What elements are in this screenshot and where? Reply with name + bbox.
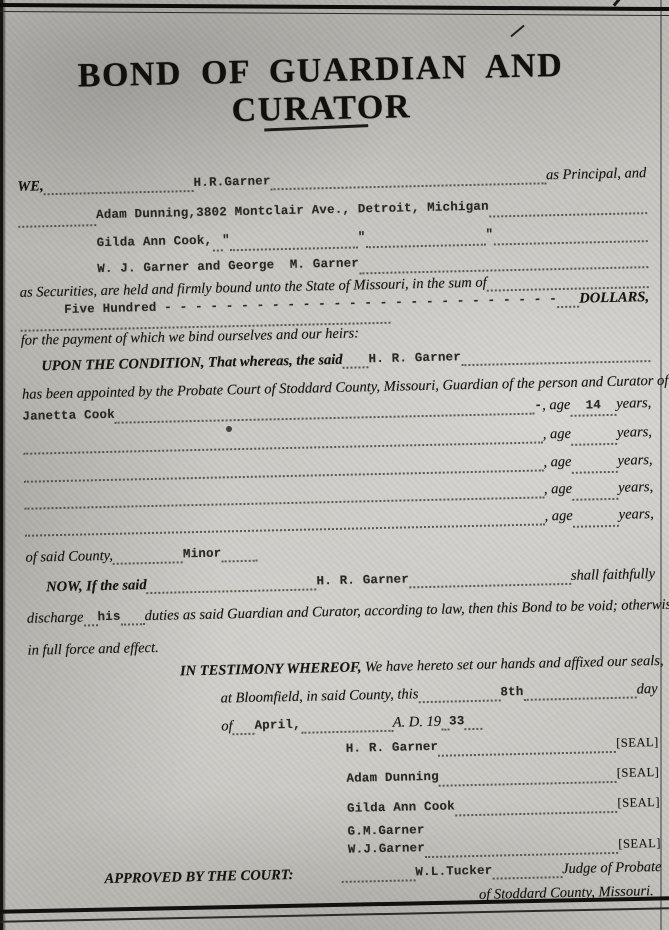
principal-name: H.R.Garner <box>193 174 270 190</box>
month-value: April, <box>254 718 301 733</box>
seal-label: [SEAL] <box>617 765 660 781</box>
ward-row: , age years, <box>25 506 654 540</box>
seal-label: [SEAL] <box>616 735 659 751</box>
surety-line-1: Adam Dunning,3802 Montclair Ave., Detroi… <box>18 197 647 231</box>
condition-guardian-name: H. R. Garner <box>368 350 461 366</box>
day-label: day <box>636 681 657 698</box>
ward-age: 14 <box>585 398 601 413</box>
discharge-label: discharge <box>27 610 84 628</box>
ward-name: Janetta Cook <box>22 408 115 424</box>
signature-name: Gilda Ann Cook <box>347 799 455 815</box>
discharge-value: his <box>97 610 120 625</box>
now-lead: NOW, If the said <box>46 577 147 596</box>
now-suffix: shall faithfully <box>571 566 656 585</box>
ditto-mark: " <box>485 227 493 241</box>
document-title: BOND OF GUARDIAN AND CURATOR <box>0 45 651 135</box>
surety2-name: Gilda Ann Cook, <box>97 234 213 251</box>
county-value: Minor <box>183 546 222 561</box>
years-label: years, <box>616 395 651 413</box>
ditto-mark: " <box>222 233 230 247</box>
signature-row: Adam Dunning [SEAL] <box>346 765 659 792</box>
county-line: of said County, Minor <box>25 536 654 570</box>
age-label: , age <box>544 508 573 526</box>
judge-name: W.L.Tucker <box>415 864 492 880</box>
testimony-lead: IN TESTIMONY WHEREOF, <box>180 659 362 680</box>
years-label: years, <box>617 452 652 470</box>
ward-row: , age years, <box>23 424 652 458</box>
county-label: of said County, <box>25 548 113 567</box>
surety1-name-address: Adam Dunning,3802 Montclair Ave., Detroi… <box>96 200 489 223</box>
discharge-text: duties as said Guardian and Curator, acc… <box>144 595 669 625</box>
form-content: BOND OF GUARDIAN AND CURATOR WE, H.R.Gar… <box>0 0 669 930</box>
testimony-date-line: of April, A. D. 19 33 <box>221 712 534 739</box>
signature-name: W.J.Garner <box>348 841 425 857</box>
day-value: 8th <box>500 685 523 700</box>
signature-name: H. R. Garner <box>346 740 439 756</box>
ditto-mark: " <box>358 230 366 244</box>
testimony-text: We have hereto set our hands and affixed… <box>361 653 663 677</box>
age-label: , age <box>544 481 573 499</box>
years-label: years, <box>619 506 654 524</box>
testimony-place-line: at Bloomfield, in said County, this 8th … <box>220 681 657 711</box>
year-value: 33 <box>449 714 465 728</box>
place-label: at Bloomfield, in said County, this <box>220 686 418 707</box>
years-label: years, <box>617 424 652 442</box>
seal-label: [SEAL] <box>617 795 660 811</box>
surety3-names: W. J. Garner and George M. Garner <box>97 256 359 276</box>
we-label: WE, <box>17 178 44 196</box>
age-label: , age <box>542 397 571 415</box>
of-label: of <box>221 718 233 735</box>
signature-name: G.M.Garner <box>347 823 424 839</box>
condition-lead: UPON THE CONDITION, That whereas, the sa… <box>41 352 343 376</box>
now-guardian-name: H. R. Garner <box>316 572 409 588</box>
ward-dash: - <box>534 398 542 412</box>
principal-line: WE, H.R.Garner as Principal, and <box>17 165 646 199</box>
age-label: , age <box>543 454 572 472</box>
age-label: , age <box>543 426 572 444</box>
now-line: NOW, If the said H. R. Garner shall fait… <box>26 566 655 600</box>
principal-suffix: as Principal, and <box>546 165 647 184</box>
ad-label: A. D. 19 <box>393 714 442 732</box>
force-text: in full force and effect. <box>27 640 158 660</box>
seal-label: [SEAL] <box>618 836 661 852</box>
signature-row: Gilda Ann Cook [SEAL] <box>347 795 660 822</box>
signature-name: Adam Dunning <box>346 770 439 786</box>
discharge-line: discharge his duties as said Guardian an… <box>27 597 656 631</box>
years-label: years, <box>618 479 653 497</box>
signature-row: H. R. Garner [SEAL] <box>346 735 659 762</box>
approved-by-court-label: APPROVED BY THE COURT: <box>104 867 293 888</box>
judge-title: Judge of Probate <box>562 859 662 878</box>
